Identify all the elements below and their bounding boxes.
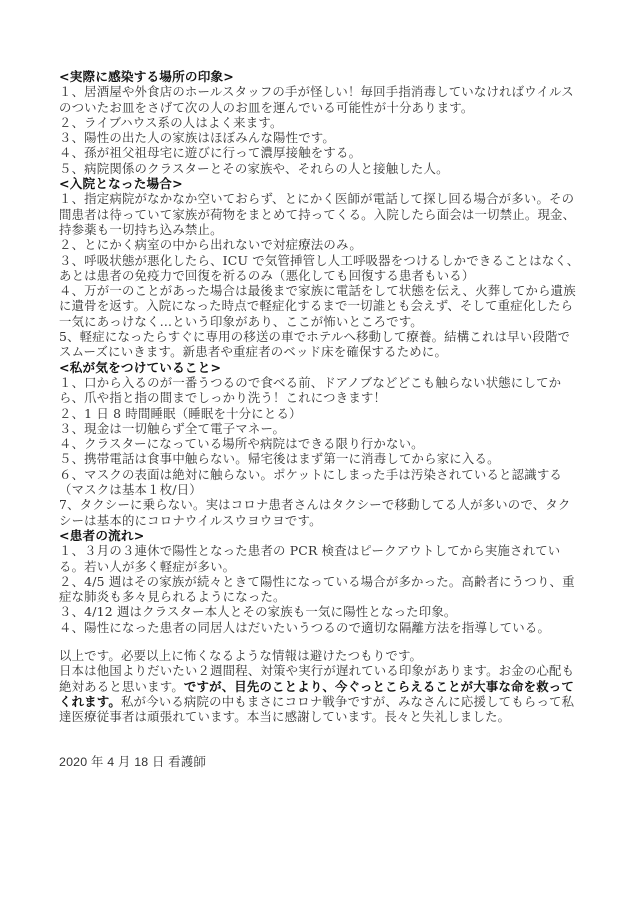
signature-date: 2020 年 4 月 18 日 看護師 (59, 755, 581, 770)
list-item: ５、病院関係のクラスターとその家族や、それらの人と接触した人。 (59, 161, 581, 176)
closing-line: 以上です。必要以上に怖くなるような情報は避けたつもりです。 (59, 648, 581, 663)
spacer (59, 724, 581, 755)
list-item: １、指定病院がなかなか空いておらず、とにかく医師が電話して探し回る場合が多い。そ… (59, 191, 581, 237)
list-item: ２、1 日 8 時間睡眠（睡眠を十分にとる） (59, 406, 581, 421)
list-item: ２、4/5 週はその家族が続々ときて陽性になっている場合が多かった。高齢者にうつ… (59, 574, 581, 605)
list-item: ４、クラスターになっている場所や病院はできる限り行かない。 (59, 436, 581, 451)
list-item: ３、呼吸状態が悪化したら、ICU で気管挿管し人工呼吸器をつけるしかできることは… (59, 253, 581, 284)
list-item: ４、孫が祖父祖母宅に遊びに行って濃厚接触をする。 (59, 145, 581, 160)
spacer (59, 635, 581, 648)
list-item: ２、ライブハウス系の人はよく来ます。 (59, 115, 581, 130)
section-heading-patient-flow: <患者の流れ> (59, 528, 581, 543)
list-item: １、口から入るのが一番うつるので食べる前、ドアノブなどどこも触らない状態にしてか… (59, 375, 581, 406)
list-item: ４、万が一のことがあった場合は最後まで家族に電話をして状態を伝え、火葬してから遺… (59, 283, 581, 329)
document-page: <実際に感染する場所の印象> １、居酒屋や外食店のホールスタッフの手が怪しい！毎… (59, 69, 581, 771)
list-item: ５、携帯電話は食事中触らない。帰宅後はまず第一に消毒してから家に入る。 (59, 451, 581, 466)
closing-text-post: 私が今いる病院の中もまさにコロナ戦争ですが、みなさんに応援してもらって私達医療従… (59, 694, 574, 724)
section-heading-hospitalization: <入院となった場合> (59, 176, 581, 191)
list-item: １、３月の３連休で陽性となった患者の PCR 検査はピークアウトしてから実施され… (59, 543, 581, 574)
list-item: １、居酒屋や外食店のホールスタッフの手が怪しい！毎回手指消毒していなければウイル… (59, 84, 581, 115)
section-heading-infection-places: <実際に感染する場所の印象> (59, 69, 581, 84)
list-item: ６、マスクの表面は絶対に触らない。ポケットにしまった手は汚染されていると認識する… (59, 467, 581, 498)
list-item: 5、軽症になったらすぐに専用の移送の車でホテルへ移動して療養。結構これは早い段階… (59, 329, 581, 360)
section-heading-precautions: <私が気をつけていること> (59, 360, 581, 375)
closing-paragraph: 日本は他国よりだいたい２週間程、対策や実行が遅れている印象があります。お金の心配… (59, 663, 581, 724)
list-item: 7、タクシーに乗らない。実はコロナ患者さんはタクシーで移動してる人が多いので、タ… (59, 497, 581, 528)
list-item: ３、現金は一切触らず全て電子マネー。 (59, 421, 581, 436)
list-item: ４、陽性になった患者の同居人はだいたいうつるので適切な隔離方法を指導している。 (59, 620, 581, 635)
list-item: ２、とにかく病室の中から出れないで対症療法のみ。 (59, 237, 581, 252)
list-item: ３、4/12 週はクラスター本人とその家族も一気に陽性となった印象。 (59, 604, 581, 619)
list-item: ３、陽性の出た人の家族はほぼみんな陽性です。 (59, 130, 581, 145)
